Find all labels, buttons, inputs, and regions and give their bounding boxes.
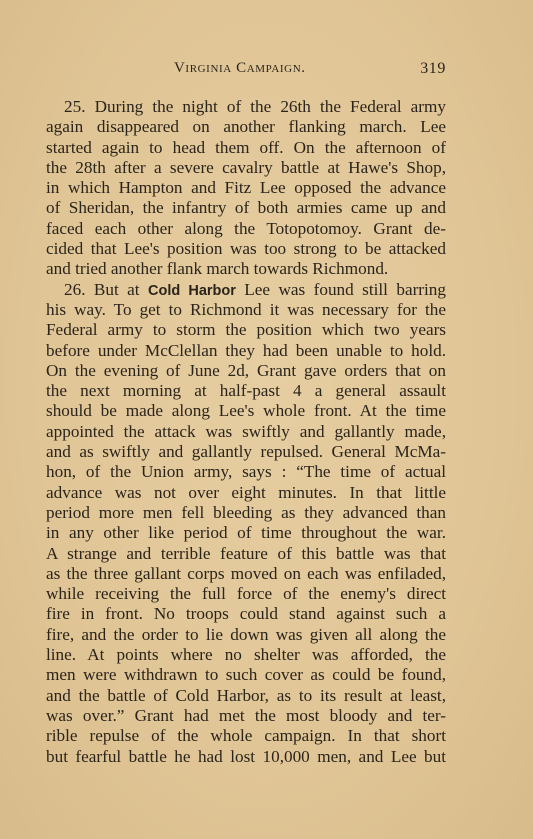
text-line: started again to head them off. On the a… <box>46 138 446 158</box>
running-title: Virginia Campaign. <box>174 60 306 77</box>
text-line: cided that Lee's position was too strong… <box>46 239 446 259</box>
text-line: and tried another flank march towards Ri… <box>46 259 446 279</box>
text-line: and the battle of Cold Harbor, as to its… <box>46 686 446 706</box>
text-line: men were withdrawn to such cover as coul… <box>46 665 446 685</box>
text-line: Federal army to storm the position which… <box>46 320 446 340</box>
text-line: and as swiftly and gallantly repulsed. G… <box>46 442 446 462</box>
text-line: the next morning at half-past 4 a genera… <box>46 381 446 401</box>
text-line: his way. To get to Richmond it was neces… <box>46 300 446 320</box>
text-line: but fearful battle he had lost 10,000 me… <box>46 747 446 767</box>
text-line: appointed the attack was swiftly and gal… <box>46 422 446 442</box>
text-line: On the evening of June 2d, Grant gave or… <box>46 361 446 381</box>
text-line: period more men fell bleeding as they ad… <box>46 503 446 523</box>
text-line: hon, of the Union army, says : “The time… <box>46 462 446 482</box>
text-line: was over.” Grant had met the most bloody… <box>46 706 446 726</box>
text-line: rible repulse of the whole campaign. In … <box>46 726 446 746</box>
paragraph-25: 25. During the night of the 26th the Fed… <box>46 97 446 280</box>
text-line: the 28th after a severe cavalry battle a… <box>46 158 446 178</box>
text-line: before under McClellan they had been una… <box>46 341 446 361</box>
book-page: Virginia Campaign. 319 25. During the ni… <box>0 0 533 839</box>
text-line: should be made along Lee's whole front. … <box>46 401 446 421</box>
bold-term-cold-harbor: Cold Harbor <box>148 283 236 299</box>
text-fragment: 26. But at <box>64 280 148 299</box>
page-number: 319 <box>420 60 446 78</box>
body-text: 25. During the night of the 26th the Fed… <box>46 97 446 767</box>
text-line: as the three gallant corps moved on each… <box>46 564 446 584</box>
running-head: Virginia Campaign. 319 <box>46 60 446 80</box>
text-line: advance was not over eight minutes. In t… <box>46 483 446 503</box>
text-line: A strange and terrible feature of this b… <box>46 544 446 564</box>
text-line: fire in front. No troops could stand aga… <box>46 604 446 624</box>
text-line: 25. During the night of the 26th the Fed… <box>46 97 446 117</box>
text-line: in which Hampton and Fitz Lee opposed th… <box>46 178 446 198</box>
text-line: in any other like period of time through… <box>46 523 446 543</box>
paragraph-26: 26. But at Cold Harbor Lee was found sti… <box>46 280 446 767</box>
text-line: fire, and the order to lie down was give… <box>46 625 446 645</box>
text-line: while receiving the full force of the en… <box>46 584 446 604</box>
text-line: line. At points where no shelter was aff… <box>46 645 446 665</box>
text-fragment: Lee was found still barring <box>236 280 446 299</box>
text-line-with-heading: 26. But at Cold Harbor Lee was found sti… <box>46 280 446 300</box>
text-line: faced each other along the Totopotomoy. … <box>46 219 446 239</box>
text-line: again disappeared on another flanking ma… <box>46 117 446 137</box>
text-line: of Sheridan, the infantry of both armies… <box>46 198 446 218</box>
